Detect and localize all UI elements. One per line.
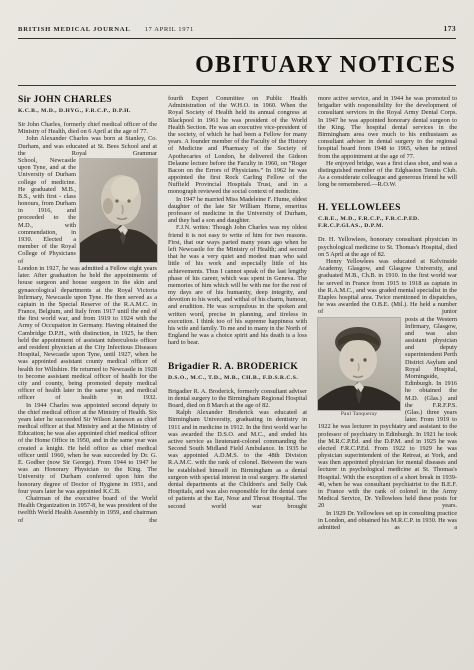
charles-paragraph: fourth Expert Committee on Public Health…: [168, 95, 307, 196]
charles-paragraph: In 1947 he married Miss Madeleine F. Hum…: [168, 196, 307, 225]
page-header: BRITISH MEDICAL JOURNAL 17 APRIL 1971 17…: [18, 24, 456, 33]
qualifications-yellowlees-line1: C.B.E., M.D., F.R.C.P., F.R.C.P.ED.: [318, 216, 457, 223]
charles-paragraph: Sir John Charles, formerly chief medical…: [18, 121, 157, 135]
charles-photo-wrap-block: School, Newcastle upon Tyne, and at the …: [18, 157, 157, 265]
issue-date: 17 APRIL 1971: [145, 26, 194, 33]
yellowlees-paragraph: In 1929 Dr. Yellowlees set up in consult…: [318, 510, 457, 532]
obituary-heading-broderick: Brigadier R. A. BRODERICK: [168, 362, 307, 373]
journal-name: BRITISH MEDICAL JOURNAL: [18, 26, 131, 33]
obituary-heading-charles: Sir JOHN CHARLES: [18, 95, 157, 106]
charles-paragraph: London in 1927, he was admitted a Fellow…: [18, 265, 157, 402]
broderick-paragraph: Ralph Alexander Broderick was educated a…: [168, 409, 307, 510]
qualifications-broderick: D.S.O., M.C., T.D., M.B., CH.B., F.D.S.R…: [168, 375, 307, 382]
charles-tribute-paragraph: F.J.N. writes: Though John Charles was m…: [168, 224, 307, 346]
yellowlees-paragraph: Dr. H. Yellowlees, honorary consultant p…: [318, 236, 457, 258]
yellowlees-paragraph: Henry Yellowlees was educated at Kelvins…: [318, 258, 457, 316]
title-rule: [18, 85, 456, 86]
broderick-paragraph-signoff: He enjoyed bridge, was a first class sho…: [318, 160, 457, 189]
photo-credit: Paul Tanqueray: [318, 411, 400, 418]
yellowlees-photo-figure: Paul Tanqueray: [318, 318, 400, 418]
charles-paragraph: John Alexander Charles was born at Stanl…: [18, 135, 157, 157]
john-charles-portrait-photo: [80, 159, 157, 262]
header-rule: [18, 38, 456, 39]
obituary-heading-yellowlees: H. YELLOWLEES: [318, 203, 457, 214]
column-layout: Sir JOHN CHARLES K.C.B., M.D., D.HYG., F…: [18, 95, 456, 531]
yellowlees-photo-wrap-block: Paul Tanqueray posts at the Western Infi…: [318, 316, 457, 424]
obituary-section-yellowlees: H. YELLOWLEES C.B.E., M.D., F.R.C.P., F.…: [318, 203, 457, 531]
charles-paragraph: Chairman of the executive board of the W…: [18, 495, 157, 524]
column-2: fourth Expert Committee on Public Health…: [168, 95, 307, 531]
yellowlees-portrait-photo: [318, 318, 400, 410]
qualifications-charles: K.C.B., M.D., D.HYG., F.R.C.P., D.P.H.: [18, 108, 157, 115]
yellowlees-paragraph: 1922 he was lecturer in psychiatry and a…: [318, 423, 457, 509]
column-3: more active service, and in 1944 he was …: [318, 95, 457, 531]
qualifications-yellowlees-line2: F.R.C.P.GLAS., D.P.M.: [318, 223, 457, 230]
column-1: Sir JOHN CHARLES K.C.B., M.D., D.HYG., F…: [18, 95, 157, 531]
page-number: 173: [444, 24, 456, 33]
obituary-section-broderick: Brigadier R. A. BRODERICK D.S.O., M.C., …: [168, 362, 307, 510]
broderick-paragraph: more active service, and in 1944 he was …: [318, 95, 457, 160]
journal-page: BRITISH MEDICAL JOURNAL 17 APRIL 1971 17…: [0, 0, 474, 670]
broderick-paragraph: Brigadier R. A. Broderick, formerly cons…: [168, 388, 307, 410]
page-title: OBITUARY NOTICES: [18, 52, 456, 78]
charles-paragraph: In 1944 Charles was appointed second dep…: [18, 402, 157, 495]
